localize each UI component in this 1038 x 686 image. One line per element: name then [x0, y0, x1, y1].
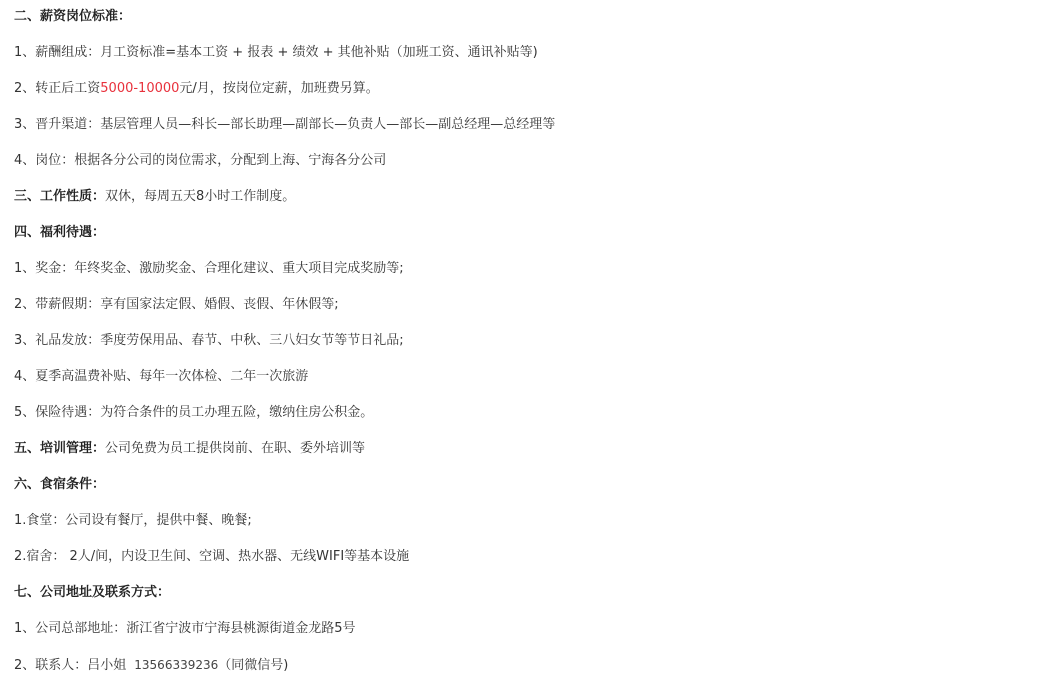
training-text: 公司免费为员工提供岗前、在职、委外培训等 [105, 441, 365, 456]
benefits-item-paid-leave: 2、带薪假期：享有国家法定假、婚假、丧假、年休假等; [14, 287, 1038, 323]
training-label: 五、培训管理： [14, 441, 105, 456]
contact-phone-note: （同微信号) [218, 658, 288, 673]
salary-item-promotion: 3、晋升渠道：基层管理人员—科长—部长助理—副部长—负责人—部长—副总经理—总经… [14, 107, 1038, 143]
salary-item-composition: 1、薪酬组成：月工资标准=基本工资 + 报表 + 绩效 + 其他补贴（加班工资、… [14, 35, 1038, 71]
salary-range-value: 5000-10000 [100, 81, 179, 96]
work-nature-text: 双休，每周五天8小时工作制度。 [105, 189, 295, 204]
salary-item-range: 2、转正后工资5000-10000元/月，按岗位定薪，加班费另算。 [14, 71, 1038, 107]
section-training: 五、培训管理：公司免费为员工提供岗前、在职、委外培训等 [14, 431, 1038, 467]
contact-person-label: 2、联系人：吕小姐 [14, 658, 126, 673]
section-heading-contact: 七、公司地址及联系方式： [14, 575, 1038, 611]
section-work-nature: 三、工作性质：双休，每周五天8小时工作制度。 [14, 179, 1038, 215]
benefits-item-gifts: 3、礼品发放：季度劳保用品、春节、中秋、三八妇女节等节日礼品; [14, 323, 1038, 359]
section-heading-benefits: 四、福利待遇： [14, 215, 1038, 251]
accommodation-item-dormitory: 2.宿舍： 2人/间，内设卫生间、空调、热水器、无线WIFI等基本设施 [14, 539, 1038, 575]
section-heading-accommodation: 六、食宿条件： [14, 467, 1038, 503]
benefits-item-bonus: 1、奖金：年终奖金、激励奖金、合理化建议、重大项目完成奖励等; [14, 251, 1038, 287]
work-nature-label: 三、工作性质： [14, 189, 105, 204]
benefits-item-insurance: 5、保险待遇：为符合条件的员工办理五险，缴纳住房公积金。 [14, 395, 1038, 431]
salary-range-suffix: 元/月，按岗位定薪，加班费另算。 [179, 81, 378, 96]
salary-range-prefix: 2、转正后工资 [14, 81, 100, 96]
section-heading-salary: 二、薪资岗位标准： [14, 0, 1038, 35]
contact-person: 2、联系人：吕小姐13566339236（同微信号) [14, 647, 1038, 683]
salary-item-position: 4、岗位：根据各分公司的岗位需求，分配到上海、宁海各分公司 [14, 143, 1038, 179]
benefits-item-allowance: 4、夏季高温费补贴、每年一次体检、二年一次旅游 [14, 359, 1038, 395]
job-posting-document: 二、薪资岗位标准： 1、薪酬组成：月工资标准=基本工资 + 报表 + 绩效 + … [0, 0, 1038, 683]
accommodation-item-canteen: 1.食堂：公司设有餐厅，提供中餐、晚餐; [14, 503, 1038, 539]
contact-phone: 13566339236 [134, 658, 218, 672]
contact-address: 1、公司总部地址：浙江省宁波市宁海县桃源街道金龙路5号 [14, 611, 1038, 647]
